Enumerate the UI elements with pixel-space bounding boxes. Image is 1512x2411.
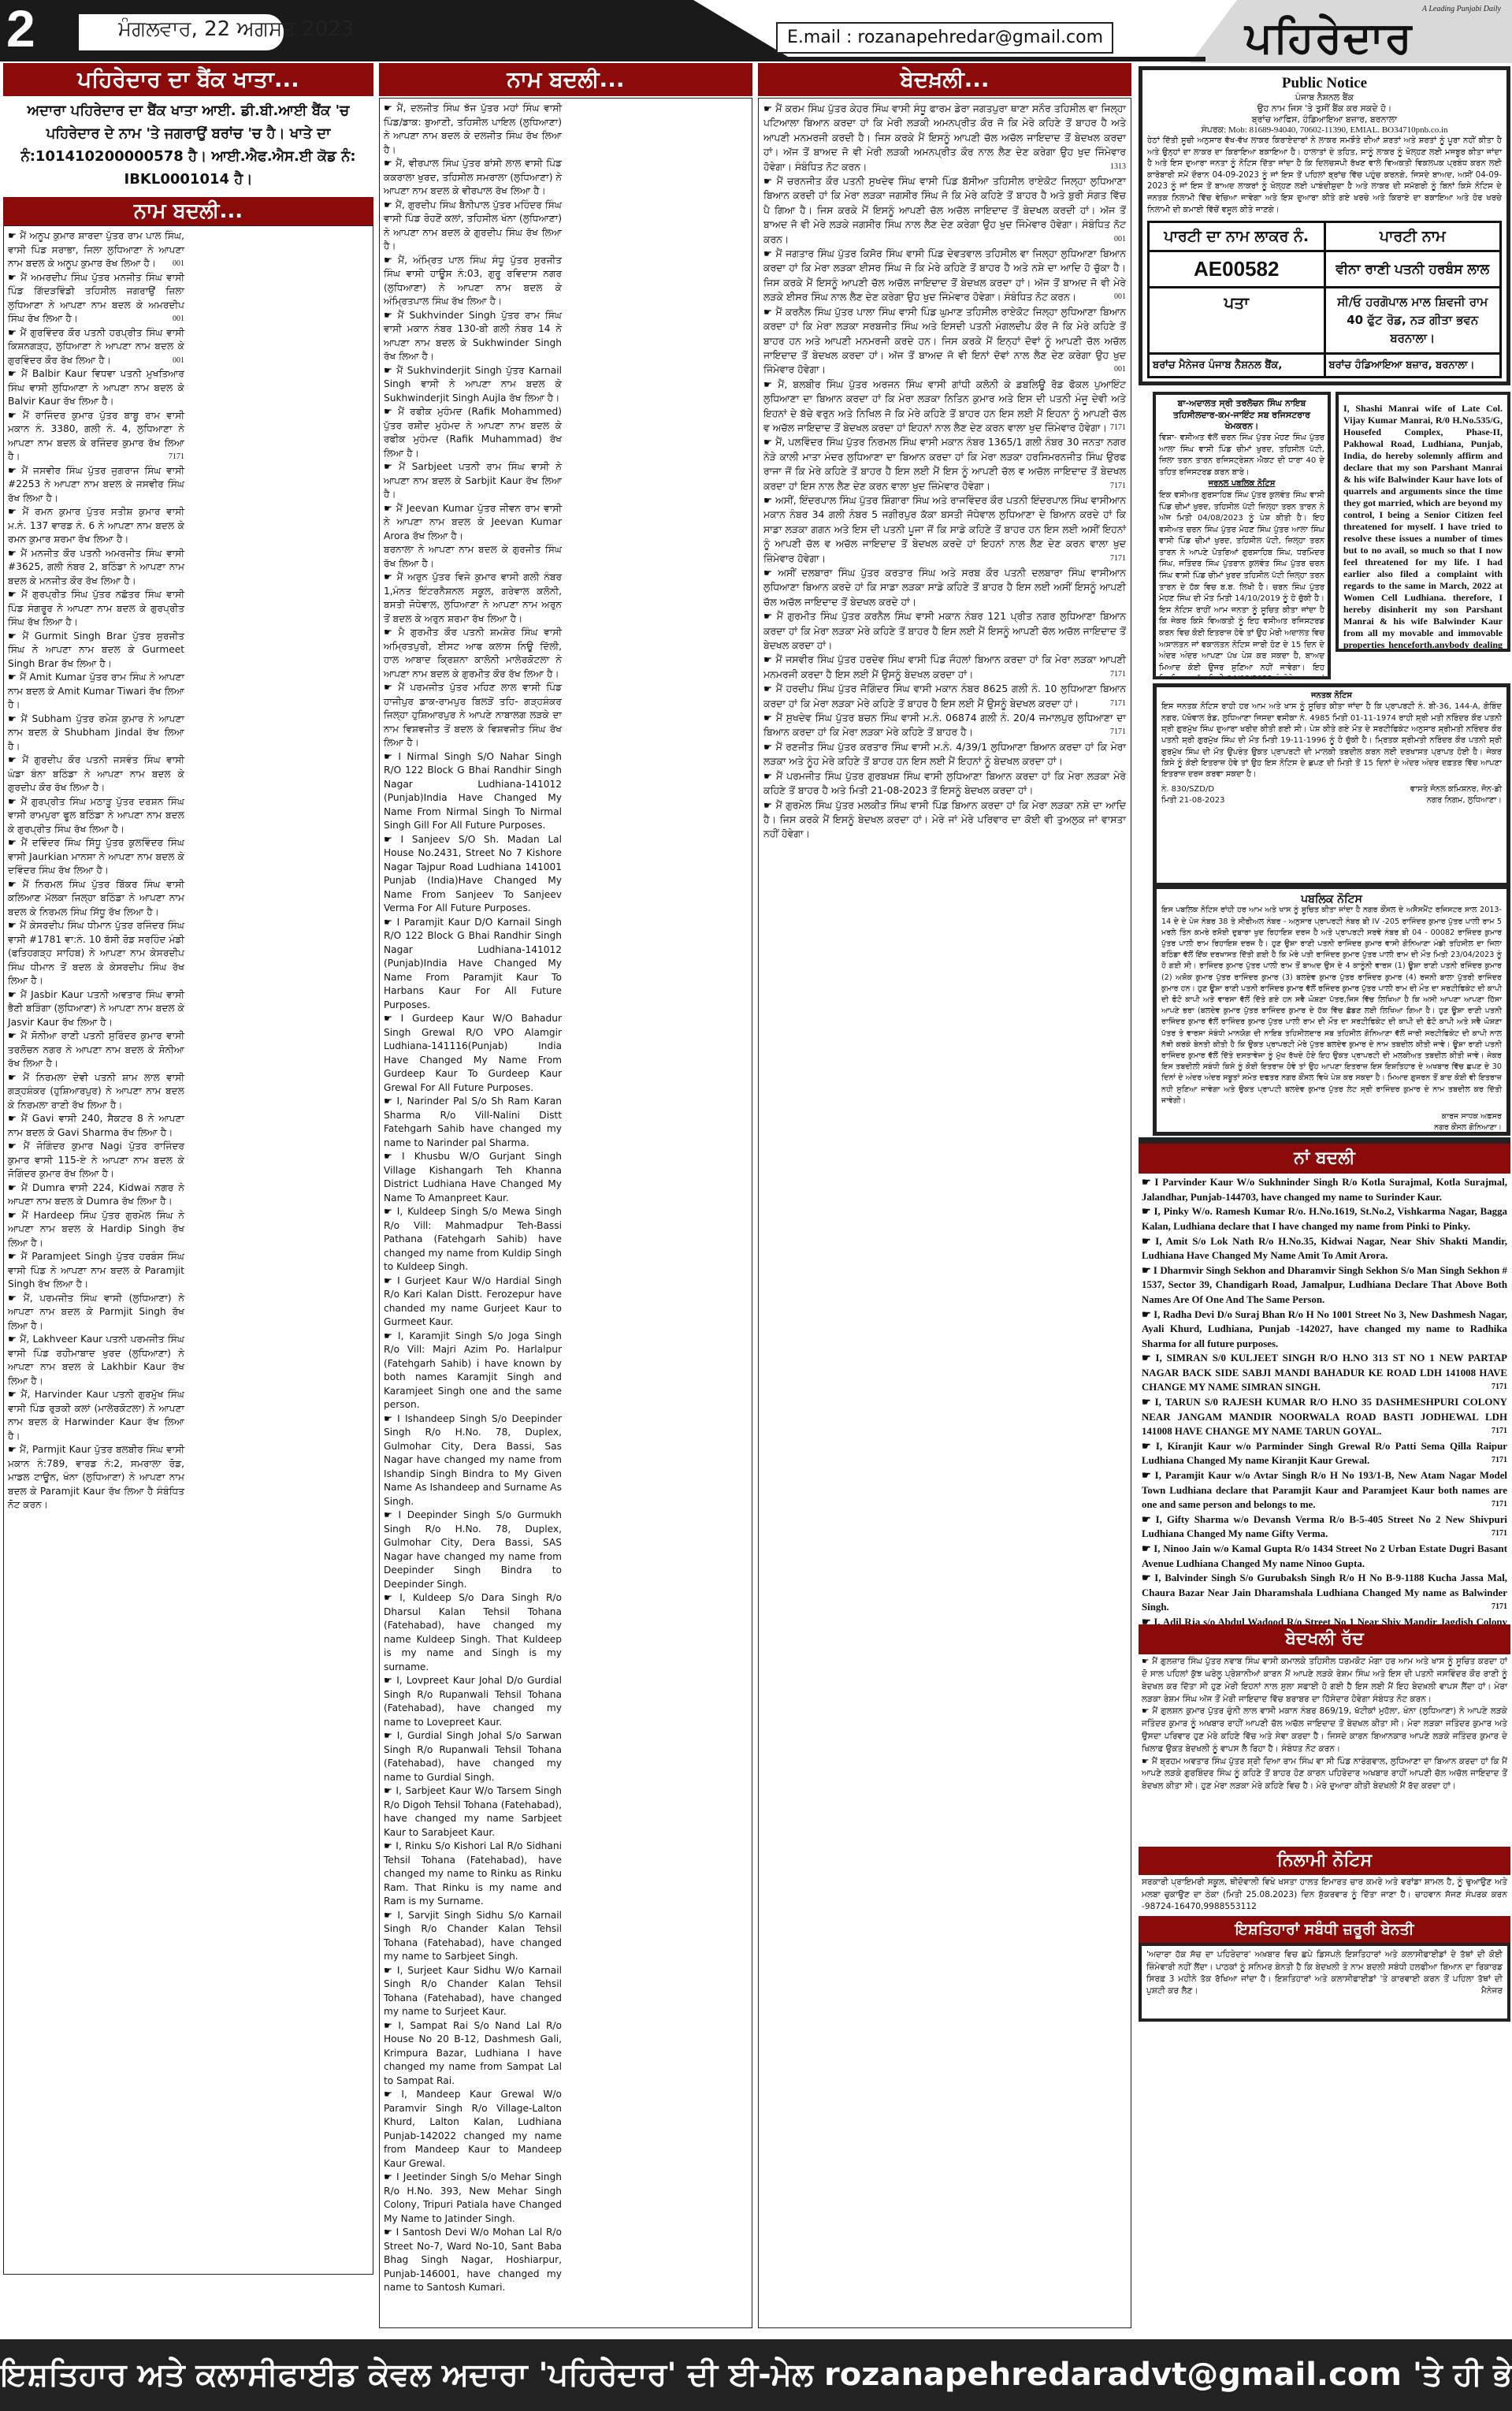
list-item-text: ☛ I, TARUN S/0 RAJESH KUMAR R/O H.NO 35 … [1142,1397,1507,1437]
list-item: ☛ ਮੈਂ Jeevan Kumar ਪੁੱਤਰ ਜੀਵਨ ਰਾਮ ਵਾਸੀ ਨ… [384,502,562,544]
list-item-text: ☛ I, Gurdial Singh Johal S/o Sarwan Sing… [384,1730,562,1783]
name-change-header-1: ਨਾਮ ਬਦਲੀ... [3,197,373,225]
court-notice-subject: ਵਿਸ਼ਾ- ਵਸੀਅਤ ਵੱਲੋਂ ਚਰਨ ਸਿੰਘ ਪੁੱਤਰ ਮੋਹਣ ਸ… [1159,433,1324,478]
list-item: ☛ I Nirmal Singh S/O Nahar Singh R/O 122… [384,750,562,833]
column-1: ਪਹਿਰੇਦਾਰ ਦਾ ਬੈਂਕ ਖਾਤਾ... ਅਦਾਰਾ ਪਹਿਰੇਦਾਰ … [3,63,373,2329]
list-item: ☛ ਮੈਂ ਹਰਦੀਪ ਸਿੰਘ ਪੁੱਤਰ ਜੋਗਿੰਦਰ ਸਿੰਘ ਵਾਸੀ… [763,682,1126,711]
list-item-text: ☛ ਮੈਂ ਗੁਰਵਿੰਦਰ ਕੌਰ ਪਤਨੀ ਹਰਪ੍ਰੀਤ ਸਿੰਘ ਵਾਸ… [8,327,184,366]
list-item-text: ☛ ਮੈਂ Subham ਪੁੱਤਰ ਰਮੇਸ਼ ਕੁਮਾਰ ਨੇ ਆਪਣਾ ਨ… [8,713,184,752]
list-item: ☛ ਮੈਂ ਰਮਨ ਕੁਮਾਰ ਪੁੱਤਰ ਸਤੀਸ਼ ਕੁਮਾਰ ਵਾਸੀ ਮ… [8,505,184,547]
column-3: ਬੇਦਖ਼ਲੀ... ☛ ਮੈਂ ਕਰਮ ਸਿੰਘ ਪੁੱਤਰ ਕੇਹਰ ਸਿੰ… [758,63,1131,2329]
ad-code: 7171 [1110,697,1126,711]
list-item: ☛ ਮੈਂ Amit Kumar ਪੁੱਤਰ ਰਾਮ ਸਿੰਘ ਨੇ ਆਪਣਾ … [8,671,184,713]
issuer-title: ਵਾਸਤੇ ਜੋਨਲ ਕਮਿਸ਼ਨਰ, ਜੋਨ-ਡੀ [1410,784,1502,795]
list-item: ☛ I, Gurdial Singh Johal S/o Sarwan Sing… [384,1729,562,1784]
list-item-text: ☛ ਮੈਂ ਨਿਰਮਲਾ ਦੇਵੀ ਪਤਨੀ ਸ਼ਾਮ ਲਾਲ ਵਾਸੀ ਗੜ੍… [8,1072,184,1111]
list-item-text: ☛ ਮੈਂ ਕਰਮ ਸਿੰਘ ਪੁੱਤਰ ਕੇਹਰ ਸਿੰਘ ਵਾਸੀ ਸੰਧੂ… [763,102,1126,173]
list-item: ☛ I, Sampat Rai S/o Nand Lal R/o House N… [384,2019,562,2089]
ref-date: ਮਿਤੀ 21-08-2023 [1161,795,1225,806]
list-item-text: ☛ I Gurdeep Kaur W/O Bahadur Singh Grewa… [384,1013,562,1093]
list-item-text: ☛ I, Lovpreet Kaur Johal D/o Gurdial Sin… [384,1675,562,1728]
ad-code: 001 [1114,363,1126,377]
list-item-text: ☛ ਮੈਂ ਅਮਰਦੀਪ ਸਿੰਘ ਪੁੱਤਰ ਮਨਜੀਤ ਸਿੰਘ ਵਾਸੀ … [8,272,184,325]
list-item: ☛ ਮੈਂ ਪਰਮਜੀਤ ਸਿੰਘ ਪੁੱਤਰ ਗੁਰਬਖਸ਼ ਸਿੰਘ ਵਾਸ… [763,769,1126,798]
list-item: ☛ ਮੈਂ, Harvinder Kaur ਪਤਨੀ ਗੁਰਮੁੱਖ ਸਿੰਘ … [8,1388,184,1443]
list-item-text: ☛ ਮੈਂ Balbir Kaur ਵਿਧਵਾ ਪਤਨੀ ਮੁਖਤਿਆਰ ਸਿੰ… [8,368,184,407]
list-item-text: ☛ I, Mandeep Kaur Grewal W/o Paramvir Si… [384,2089,562,2169]
pnb-notice-title: Public Notice [1147,75,1502,92]
list-item-text: ☛ ਮੈਂ Sukhvinder Singh ਪੁੱਤਰ ਰਾਮ ਸਿੰਘ ਵਾ… [384,310,562,363]
list-item-text: ☛ I, Kuldeep S/o Dara Singh R/o Dharsul … [384,1592,562,1672]
list-item-text: ☛ I, Surjeet Kaur Sidhu W/o Karnail Sing… [384,1965,562,2018]
list-item-text: ☛ I Gurjeet Kaur W/o Hardial Singh R/o K… [384,1275,562,1328]
issue-date: ਮੰਗਲਵਾਰ, 22 ਅਗਸਤ 2023 [118,17,354,42]
ad-code: 7171 [1110,552,1126,566]
list-item-text: ☛ ਮੈਂ ਗੁਰਪ੍ਰੀਤ ਸਿੰਘ ਪੁੱਤਰ ਨਛੱਤਰ ਸਿੰਘ ਵਾਸ… [8,589,184,627]
english-disinherit-notice: I, Shashi Manrai wife of Late Col. Vijay… [1336,392,1510,652]
newspaper-logo: A Leading Punjabi Daily ਪਹਿਰੇਦਾਰ [1229,2,1509,58]
list-item-text: ☛ I, Paramjit Kaur w/o Avtar Singh R/o H… [1142,1470,1507,1510]
masthead: 2 ਮੰਗਲਵਾਰ, 22 ਅਗਸਤ 2023 E.mail : rozanap… [0,0,1512,57]
public-notice-mc-body: ਇਸ ਜਨਤਕ ਨੋਟਿਸ ਰਾਹੀ ਹਰ ਆਮ ਅਤੇ ਖਾਸ ਨੂੰ ਸੂਚ… [1161,701,1502,780]
signatory-right: ਬਰਾਂਚ ਹੰਡਿਆਇਆ ਬਜ਼ਾਰ, ਬਰਨਾਲਾ। [1324,354,1501,378]
list-item-text: ☛ I, Karamjit Singh S/o Joga Singh R/o V… [384,1330,562,1411]
list-item: ☛ ਮੈਂ, ਪਲਵਿੰਦਰ ਸਿੰਘ ਪੁੱਤਰ ਨਿਰਮਲ ਸਿੰਘ ਵਾਸ… [763,435,1126,493]
list-item-text: ☛ I, Ninoo Jain w/o Kamal Gupta R/o 1434… [1142,1543,1507,1569]
request-sign: ਮੈਨੇਜਰ [1481,1985,1503,1997]
locker-number: AE00582 [1149,251,1325,288]
public-notice-mc-footer: ਨੰ. 830/SZD/D ਮਿਤੀ 21-08-2023 ਵਾਸਤੇ ਜੋਨਲ… [1161,784,1502,807]
party-name: ਵੀਨਾ ਰਾਣੀ ਪਤਨੀ ਹਰਬੰਸ ਲਾਲ [1324,251,1501,288]
list-item: ☛ ਮੈਂ ਗੁਰਪ੍ਰੀਤ ਸਿੰਘ ਪੁੱਤਰ ਨਛੱਤਰ ਸਿੰਘ ਵਾਸ… [8,588,184,630]
list-item: ☛ ਮੈਂ ਅਰੁਨ ਪੁੱਤਰ ਵਿਜੇ ਕੁਮਾਰ ਵਾਸੀ ਗਲੀ ਨੰਬ… [384,571,562,626]
list-item-text: ☛ ਮੈਂ ਗੁਰਪ੍ਰੀਤ ਸਿੰਘ ਮਠਾੜੂ ਪੁੱਤਰ ਦਰਸ਼ਨ ਸਿ… [8,796,184,835]
name-change-en-list: ☛ I Parvinder Kaur W/o Sukhninder Singh … [1139,1174,1510,1624]
list-item: ☛ I Deepinder Singh S/o Gurmukh Singh R/… [384,1509,562,1591]
pnb-branch: ਬ੍ਰਾਂਚ ਆਫਿਸ, ਹੰਡਿਆਇਆ ਬਜ਼ਾਰ, ਬਰਨਾਲਾ [1147,114,1502,125]
list-item-text: ☛ ਮੈਂ, ਵੀਰਪਾਲ ਸਿੰਘ ਪੁੱਤਰ ਬਾਂਸੀ ਲਾਲ ਵਾਸੀ … [384,158,562,196]
list-item: ☛ I, Balvinder Singh S/o Gurubaksh Singh… [1142,1571,1507,1615]
list-item-text: ☛ I, Narinder Pal S/o Sh Ram Karan Sharm… [384,1096,562,1148]
list-item: ☛ I, Adil Rja s/o Abdul Wadood R/o Stree… [1142,1615,1507,1624]
list-item-text: ☛ ਮੈਂ ਰਮਨ ਕੁਮਾਰ ਪੁੱਤਰ ਸਤੀਸ਼ ਕੁਮਾਰ ਵਾਸੀ ਮ… [8,506,184,545]
ad-code: 7171 [1492,1424,1507,1439]
ad-code: 001 [173,257,184,271]
list-item: ☛ ਮੈਂ, ਦਲਜੀਤ ਸਿੰਘ ਝੱਜ ਪੁੱਤਰ ਮਹਾਂ ਸਿੰਘ ਵਾ… [384,102,562,157]
list-item-text: ☛ ਮੈਂ Gavi ਵਾਸੀ 240, ਸੈਕਟਰ 8 ਨੇ ਆਪਣਾ ਨਾਮ… [8,1113,184,1138]
list-item-text: ☛ I Santosh Devi W/o Mohan Lal R/o Stree… [384,2227,562,2293]
ad-code: 7171 [1110,668,1126,682]
list-item: ☛ ਮੈਂ ਸੋਨੀਆ ਰਾਣੀ ਪਤਨੀ ਸੁਰਿੰਦਰ ਕੁਮਾਰ ਵਾਸੀ… [8,1029,184,1071]
list-item: ☛ I, Ninoo Jain w/o Kamal Gupta R/o 1434… [1142,1542,1507,1571]
list-item-text: ☛ ਮੈਂ ਬ੍ਰਹਮ ਅਵਤਾਰ ਸਿੰਘ ਪੁੱਤਰ ਸ਼੍ਰੀ ਦਿਆ ਰ… [1142,1757,1507,1792]
list-item: ☛ I Khusbu W/O Gurjant Singh Village Kis… [384,1150,562,1205]
list-item-text: ☛ I Parvinder Kaur W/o Sukhninder Singh … [1142,1177,1507,1203]
bedkhali-header: ਬੇਦਖ਼ਲੀ... [758,63,1131,96]
list-item: ☛ I Gurdeep Kaur W/O Bahadur Singh Grewa… [384,1012,562,1095]
list-item-text: ☛ ਮੈਂ ਹਰਦੀਪ ਸਿੰਘ ਪੁੱਤਰ ਜੋਗਿੰਦਰ ਸਿੰਘ ਵਾਸੀ… [763,683,1126,709]
list-item-text: ☛ I Paramjit Kaur D/O Karnail Singh R/O … [384,917,562,1010]
list-item-text: ☛ I Sanjeev S/O Sh. Madan Lal House No.2… [384,834,562,914]
list-item-text: ☛ I Jeetinder Singh S/o Mehar Singh R/o … [384,2171,562,2224]
list-item-text: ☛ I, Balvinder Singh S/o Gurubaksh Singh… [1142,1572,1507,1613]
list-item: ☛ I, Gifty Sharma w/o Devansh Verma R/o … [1142,1512,1507,1542]
list-item-text: ☛ I, Gifty Sharma w/o Devansh Verma R/o … [1142,1514,1507,1540]
list-item: ☛ ਮੈਂ ਚਰਨਜੀਤ ਕੌਰ ਪਤਨੀ ਸੁਖਦੇਵ ਸਿੰਘ ਵਾਸੀ ਪ… [763,174,1126,247]
auction-header: ਨਿਲਾਮੀ ਨੋਟਿਸ [1139,1847,1510,1875]
section-rule [1139,1137,1510,1144]
court-notice-body: ਇਕ ਵਸੀਅਤ ਗੁਰਸਾਹਿਬ ਸਿੰਘ ਪੁੱਤਰ ਕੁਲਵੰਤ ਸਿੰਘ… [1159,490,1324,679]
council-office: ਨਗਰ ਕੌਂਸਲ ਗੋਨਿਆਣਾ। [1161,1122,1502,1133]
list-item: ☛ I Gurjeet Kaur W/o Hardial Singh R/o K… [384,1274,562,1330]
name-change-list-1: ☛ ਮੈਂ ਅਨੂਪ ਕੁਮਾਰ ਸ਼ਾਰਦਾ ਪੁੱਤਰ ਰਾਮ ਪਾਲ ਸਿ… [3,225,373,2275]
list-item: ☛ ਮੈਂ ਪਰਮਜੀਤ ਪੁੱਤਰ ਮਹਿਣ ਲਾਲ ਵਾਸੀ ਪਿੰਡ ਹਾ… [384,681,562,750]
list-item: ☛ I, Kuldeep S/o Dara Singh R/o Dharsul … [384,1591,562,1674]
list-item-text: ☛ ਮੈਂ Paramjeet Singh ਪੁੱਤਰ ਹਰਬੰਸ ਸਿੰਘ ਵ… [8,1251,184,1289]
list-item: ☛ I, Rinku S/o Kishori Lal R/o Sidhani T… [384,1840,562,1909]
list-item-text: ☛ ਮੈਂ ਪਰਮਜੀਤ ਸਿੰਘ ਪੁੱਤਰ ਗੁਰਬਖਸ਼ ਸਿੰਘ ਵਾਸ… [763,770,1126,796]
pnb-contact: ਸੰਪਰਕ: Mob: 81689-94040, 70602-11390, EM… [1147,125,1502,136]
list-item: ☛ I Ishandeep Singh S/o Deepinder Singh … [384,1412,562,1509]
list-item: ☛ ਮੈਂ ਗੁਰਵਿੰਦਰ ਕੌਰ ਪਤਨੀ ਹਰਪ੍ਰੀਤ ਸਿੰਘ ਵਾਸ… [8,326,184,368]
ad-code: 7171 [1492,1600,1507,1615]
list-item: ☛ ਮੈਂ, Lakhveer Kaur ਪਤਨੀ ਪਰਮਜੀਤ ਸਿੰਘ ਵਾ… [8,1333,184,1388]
bedkhali-list: ☛ ਮੈਂ ਕਰਮ ਸਿੰਘ ਪੁੱਤਰ ਕੇਹਰ ਸਿੰਘ ਵਾਸੀ ਸੰਧੂ… [758,98,1131,2328]
list-item: ☛ I, Karamjit Singh S/o Joga Singh R/o V… [384,1330,562,1412]
logo-tagline: A Leading Punjabi Daily [1422,5,1501,13]
public-notice-mc: ਜਨਤਕ ਨੋਟਿਸ ਇਸ ਜਨਤਕ ਨੋਟਿਸ ਰਾਹੀ ਹਰ ਆਮ ਅਤੇ … [1153,683,1510,887]
list-item: ☛ ਮੈਂ ਬ੍ਰਹਮ ਅਵਤਾਰ ਸਿੰਘ ਪੁੱਤਰ ਸ਼੍ਰੀ ਦਿਆ ਰ… [1142,1756,1507,1793]
list-item: ☛ I, Sarbjeet Kaur W/o Tarsem Singh R/o … [384,1784,562,1840]
list-item: ☛ ਮੈਂ Sarbjeet ਪਤਨੀ ਰਾਮ ਸਿੰਘ ਵਾਸੀ ਨੇ ਆਪਣ… [384,460,562,502]
list-item: ☛ ਮੈਂ ਗੁਲਜ਼ਾਰ ਸਿੰਘ ਪੁੱਤਰ ਨਵਾਬ ਸਿੰਘ ਵਾਸੀ … [1142,1656,1507,1706]
list-item-text: ☛ ਮੈਂ ਗੁਰਮੀਤ ਸਿੰਘ ਪੁੱਤਰ ਕਰਨੈਲ ਸਿੰਘ ਵਾਸੀ … [763,610,1126,651]
request-header: ਇਸ਼ਤਿਹਾਰਾਂ ਸਬੰਧੀ ਜ਼ਰੂਰੀ ਬੇਨਤੀ [1139,1916,1510,1943]
list-item: ☛ I, Sarvjit Singh Sidhu S/o Karnail Sin… [384,1909,562,1964]
list-item: ☛ ਮੈਂ ਦਵਿੰਦਰ ਸਿੰਘ ਸਿੱਧੂ ਪੁੱਤਰ ਕੁਲਵਿੰਦਰ ਸ… [8,836,184,878]
page-number: 2 [6,0,69,57]
ad-code: 7171 [169,450,184,464]
list-item: ☛ I, Radha Devi D/o Suraj Bhan R/o H No … [1142,1308,1507,1352]
list-item-text: ☛ I, Kuldeep Singh S/o Mewa Singh R/o Vi… [384,1206,562,1272]
list-item-text: ☛ ਮੈਂ, ਪਰਮਜੀਤ ਸਿੰਘ ਵਾਸੀ (ਲੁਧਿਆਣਾ) ਨੇ ਆਪਣ… [8,1293,184,1331]
list-item: ☛ I Parvinder Kaur W/o Sukhninder Singh … [1142,1175,1507,1204]
list-item: ☛ ਮੈਂ, ਪਰਮਜੀਤ ਸਿੰਘ ਵਾਸੀ (ਲੁਧਿਆਣਾ) ਨੇ ਆਪਣ… [8,1292,184,1334]
list-item: ☛ ਮੈਂ ਗੁਲਸ਼ਨ ਕੁਮਾਰ ਪੁੱਤਰ ਚੁੰਨੀ ਲਾਲ ਵਾਸੀ … [1142,1706,1507,1755]
request-box: 'ਅਦਾਰਾ ਹੱਕ ਸੱਚ ਦਾ ਪਹਿਰੇਦਾਰ' ਅਖ਼ਬਾਰ ਵਿਚ ਛ… [1139,1943,1510,2022]
footer-banner: ਇਸ਼ਤਿਹਾਰ ਅਤੇ ਕਲਾਸੀਫਾਈਡ ਕੇਵਲ ਅਦਾਰਾ 'ਪਹਿਰੇ… [0,2339,1512,2411]
list-item-text: ☛ I, Sarvjit Singh Sidhu S/o Karnail Sin… [384,1910,562,1963]
column-2: ਨਾਮ ਬਦਲੀ... ☛ ਮੈਂ, ਦਲਜੀਤ ਸਿੰਘ ਝੱਜ ਪੁੱਤਰ … [379,63,752,2329]
list-item: ☛ I, Pinky W/o. Ramesh Kumar R/o. H.No.1… [1142,1204,1507,1233]
list-item: ☛ ਮੈਂ ਅਨੂਪ ਕੁਮਾਰ ਸ਼ਾਰਦਾ ਪੁੱਤਰ ਰਾਮ ਪਾਲ ਸਿ… [8,229,184,271]
list-item: ☛ ਮੈਂ Gurmit Singh Brar ਪੁੱਤਰ ਸੁਰਜੀਤ ਸਿੰ… [8,630,184,672]
list-item: ☛ ਮੈਂ ਗੁਰਪ੍ਰੀਤ ਸਿੰਘ ਮਠਾੜੂ ਪੁੱਤਰ ਦਰਸ਼ਨ ਸਿ… [8,795,184,837]
list-item: ☛ ਮੈਂ Jasbir Kaur ਪਤਨੀ ਅਵਤਾਰ ਸਿੰਘ ਵਾਸੀ ਭ… [8,988,184,1030]
logo-wordmark: ਪਹਿਰੇਦਾਰ [1245,13,1414,63]
list-item: ☛ ਮੈਂ ਜਸਵੀਰ ਸਿੰਘ ਪੁੱਤਰ ਜੁਗਰਾਜ ਸਿੰਘ ਵਾਸੀ … [8,464,184,506]
list-item: ☛ ਮੈਂ, ਬਲਬੀਰ ਸਿੰਘ ਪੁੱਤਰ ਅਰਜਨ ਸਿੰਘ ਵਾਸੀ ਗ… [763,378,1126,436]
list-item-text: ☛ ਮੈਂ ਪਰਮਜੀਤ ਪੁੱਤਰ ਮਹਿਣ ਲਾਲ ਵਾਸੀ ਪਿੰਡ ਹਾ… [384,682,562,748]
list-item-text: ☛ ਮੈਂ ਦਵਿੰਦਰ ਸਿੰਘ ਸਿੱਧੂ ਪੁੱਤਰ ਕੁਲਵਿੰਦਰ ਸ… [8,837,184,876]
list-item: ☛ ਮੈਂ ਕਰਨੈਲ ਸਿੰਘ ਪੁੱਤਰ ਪਾਲਾ ਸਿੰਘ ਵਾਸੀ ਪਿ… [763,305,1126,378]
locker-col-header-1: ਪਾਰਟੀ ਦਾ ਨਾਮ ਲਾਕਰ ਨੰ. [1149,222,1325,251]
ad-code: 7171 [1110,725,1126,739]
name-change-en-header: ਨਾਂ ਬਦਲੀ [1139,1144,1510,1174]
list-item: ☛ ਮੈਂ ਗੁਰਮੀਤ ਸਿੰਘ ਪੁੱਤਰ ਕਰਨੈਲ ਸਿੰਘ ਵਾਸੀ … [763,609,1126,653]
contact-email[interactable]: E.mail : rozanapehredar@gmail.com [776,22,1113,54]
list-item: ☛ ਮੈਂ Sukhvinder Singh ਪੁੱਤਰ ਰਾਮ ਸਿੰਘ ਵਾ… [384,309,562,364]
list-item-text: ☛ ਮੈਂ ਮਨਜੀਤ ਕੌਰ ਪਤਨੀ ਅਮਰਜੀਤ ਸਿੰਘ ਵਾਸੀ #3… [8,548,184,586]
list-item-text: ☛ ਮੈਂ Jasbir Kaur ਪਤਨੀ ਅਵਤਾਰ ਸਿੰਘ ਵਾਸੀ ਭ… [8,989,184,1028]
list-item-text: ☛ I, Adil Rja s/o Abdul Wadood R/o Stree… [1142,1617,1507,1624]
signatory-left: ਬਰਾਂਚ ਮੈਨੇਜਰ ਪੰਜਾਬ ਨੈਸ਼ਨਲ ਬੈਂਕ, [1149,354,1325,378]
list-item-text: ☛ ਮੈਂ Hardeep ਸਿੰਘ ਪੁੱਤਰ ਗੁਰਮੇਲ ਸਿੰਘ ਨੇ … [8,1210,184,1248]
list-item-text: ☛ I, Amit S/o Lok Nath R/o H.No.35, Kidw… [1142,1236,1507,1262]
name-change-list-2: ☛ ਮੈਂ, ਦਲਜੀਤ ਸਿੰਘ ਝੱਜ ਪੁੱਤਰ ਮਹਾਂ ਸਿੰਘ ਵਾ… [379,98,752,2328]
bank-account-body: ਅਦਾਰਾ ਪਹਿਰੇਦਾਰ ਦਾ ਬੈਂਕ ਖਾਤਾ ਆਈ. ਡੀ.ਬੀ.ਆਈ… [3,96,373,194]
list-item-text: ਬਰਨਾਲਾ ਨੇ ਆਪਣਾ ਨਾਮ ਬਦਲ ਕੇ ਗੁਰਜੀਤ ਸਿੰਘ ਰੱ… [384,544,562,569]
list-item-text: ☛ ਮੈਂ, ਅੰਮ੍ਰਿਤ ਪਾਲ ਸਿੰਘ ਸੰਧੂ ਪੁੱਤਰ ਸੁਰਜੀ… [384,255,562,307]
request-body: 'ਅਦਾਰਾ ਹੱਕ ਸੱਚ ਦਾ ਪਹਿਰੇਦਾਰ' ਅਖ਼ਬਾਰ ਵਿਚ ਛ… [1146,1950,1503,1996]
list-item: ☛ ਮੈਂ, ਅੰਮ੍ਰਿਤ ਪਾਲ ਸਿੰਘ ਸੰਧੂ ਪੁੱਤਰ ਸੁਰਜੀ… [384,254,562,309]
list-item: ☛ ਮੈਂ, Parmjit Kaur ਪੁੱਤਰ ਬਲਬੀਰ ਸਿੰਘ ਵਾਸ… [8,1443,184,1512]
list-item-text: ☛ ਮੈਂ ਗੁਰਮੇਲ ਸਿੰਘ ਪੁੱਤਰ ਮਲਕੀਤ ਸਿੰਘ ਵਾਸੀ … [763,799,1126,840]
list-item: ☛ I, Amit S/o Lok Nath R/o H.No.35, Kidw… [1142,1234,1507,1263]
issuer-office: ਨਗਰ ਨਿਗਮ, ਲੁਧਿਆਣਾ। [1410,795,1502,806]
list-item-text: ☛ I, Rinku S/o Kishori Lal R/o Sidhani T… [384,1840,562,1907]
list-item: ☛ ਮੈਂ ਅਮਰਦੀਪ ਸਿੰਘ ਪੁੱਤਰ ਮਨਜੀਤ ਸਿੰਘ ਵਾਸੀ … [8,271,184,326]
list-item-text: ☛ ਮੈਂ ਜੋਗਿੰਦਰ ਕੁਮਾਰ Nagi ਪੁੱਤਰ ਰਾਜਿੰਦਰ ਕ… [8,1140,184,1179]
list-item-text: ☛ ਮੈਂ Sukhvinderjit Singh ਪੁੱਤਰ Karnail … [384,365,562,404]
auction-body: ਸਰਕਾਰੀ ਪ੍ਰਾਇਮਰੀ ਸਕੂਲ, ਥੀਦੋਵਾਲੀ ਵਿਖੇ ਖਸਤਾ… [1139,1875,1510,1914]
court-notice-title: ਜਰਨਲ ਪਬਲਿਕ ਨੋਟਿਸ [1159,478,1324,490]
bedkhali-radd-list: ☛ ਮੈਂ ਗੁਲਜ਼ਾਰ ਸਿੰਘ ਪੁੱਤਰ ਨਵਾਬ ਸਿੰਘ ਵਾਸੀ … [1139,1654,1510,1847]
list-item: ☛ I, Kuldeep Singh S/o Mewa Singh R/o Vi… [384,1205,562,1274]
court-notice: ਬਾ-ਅਦਾਲਤ ਸ੍ਰੀ ਤਰਲੋਚਨ ਸਿੰਘ ਨਾਇਬ ਤਹਿਸੀਲਦਾਰ… [1153,392,1331,679]
list-item: ☛ ਮੈਂ ਜਸਵੀਰ ਸਿੰਘ ਪੁੱਤਰ ਹਰਦੇਵ ਸਿੰਘ ਵਾਸੀ ਪ… [763,653,1126,682]
column-4: Public Notice ਪੰਜਾਬ ਨੈਸ਼ਨਲ ਬੈਂਕ ਉਹ ਨਾਮ ਜ… [1139,66,1510,2329]
ad-code: 7171 [1492,1453,1507,1468]
list-item-text: ☛ ਮੈਂ ਰਫੀਕ ਮੁਹੰਮਦ (Rafik Mohammed) ਪੁੱਤਰ… [384,406,562,459]
list-item-text: ☛ ਮੈਂ ਗੁਲਸ਼ਨ ਕੁਮਾਰ ਪੁੱਤਰ ਚੁੰਨੀ ਲਾਲ ਵਾਸੀ … [1142,1706,1507,1753]
list-item: ☛ ਮੈ ਗੁਰਮੀਤ ਕੌਰ ਪਤਨੀ ਸ਼ਮਸ਼ੇਰ ਸਿੰਘ ਵਾਸੀ ਅ… [384,626,562,681]
ad-code: 7171 [1110,479,1126,493]
list-item: ☛ ਮੈਂ ਜੋਗਿੰਦਰ ਕੁਮਾਰ Nagi ਪੁੱਤਰ ਰਾਜਿੰਦਰ ਕ… [8,1140,184,1181]
list-item: ☛ ਮੈਂ, ਗੁਰਦੀਪ ਸਿੰਘ ਬੈਨੀਪਾਲ ਪੁੱਤਰ ਮਹਿੰਦਰ … [384,199,562,254]
list-item-text: ☛ ਮੈਂ ਗੁਰਦੀਪ ਕੌਰ ਪਤਨੀ ਜਸਵੰਤ ਸਿੰਘ ਵਾਸੀ ਘੰ… [8,754,184,793]
bedkhali-radd-header: ਬੇਦਖਲੀ ਰੱਦ [1139,1624,1510,1654]
ad-code: 7171 [1492,1498,1507,1512]
list-item-text: ☛ ਮੈਂ, Harvinder Kaur ਪਤਨੀ ਗੁਰਮੁੱਖ ਸਿੰਘ … [8,1389,184,1442]
list-item: ☛ ਮੈਂ Sukhvinderjit Singh ਪੁੱਤਰ Karnail … [384,364,562,406]
english-notice-body: I, Shashi Manrai wife of Late Col. Vijay… [1343,403,1503,652]
list-item: ☛ I Santosh Devi W/o Mohan Lal R/o Stree… [384,2226,562,2295]
pnb-bank-name: ਪੰਜਾਬ ਨੈਸ਼ਨਲ ਬੈਂਕ [1147,92,1502,103]
list-item-text: ☛ I Ishandeep Singh S/o Deepinder Singh … [384,1413,562,1507]
list-item: ☛ ਮੈਂ ਰਣਜੀਤ ਸਿੰਘ ਪੁੱਤਰ ਕਰਤਾਰ ਸਿੰਘ ਵਾਸੀ ਮ… [763,740,1126,769]
list-item-text: ☛ ਅਸੀਂ, ਇੰਦਰਪਾਲ ਸਿੰਘ ਪੁੱਤਰ ਸ਼ਿੰਗਾਰਾ ਸਿੰਘ… [763,494,1126,564]
list-item: ☛ I, Mandeep Kaur Grewal W/o Paramvir Si… [384,2088,562,2171]
public-notice-council-body: ਇਸ ਪਬਲਿਕ ਨੋਟਿਸ ਰਾਂਹੀ ਹਰ ਆਮ ਅਤੇ ਖਾਸ ਨੂੰ ਸ… [1161,905,1502,1107]
list-item-text: ☛ I Deepinder Singh S/o Gurmukh Singh R/… [384,1509,562,1590]
list-item: ☛ ਮੈਂ, ਵੀਰਪਾਲ ਸਿੰਘ ਪੁੱਤਰ ਬਾਂਸੀ ਲਾਲ ਵਾਸੀ … [384,157,562,199]
list-item: ☛ ਮੈਂ ਗੁਰਮੇਲ ਸਿੰਘ ਪੁੱਤਰ ਮਲਕੀਤ ਸਿੰਘ ਵਾਸੀ … [763,798,1126,842]
list-item-text: ☛ I, Radha Devi D/o Suraj Bhan R/o H No … [1142,1309,1507,1349]
list-item-text: ☛ ਮੈਂ ਸੋਨੀਆ ਰਾਣੀ ਪਤਨੀ ਸੁਰਿੰਦਰ ਕੁਮਾਰ ਵਾਸੀ… [8,1030,184,1069]
bank-account-header: ਪਹਿਰੇਦਾਰ ਦਾ ਬੈਂਕ ਖਾਤਾ... [3,63,373,96]
list-item: ☛ ਮੈਂ ਕੇਸਰਦੀਪ ਸਿੰਘ ਧੀਮਾਨ ਪੁੱਤਰ ਰਜਿੰਦਰ ਸਿ… [8,919,184,988]
ad-code: 001 [173,354,184,368]
list-item-text: ☛ I Dharmvir Singh Sekhon and Dharamvir … [1142,1265,1507,1305]
ad-code: 7171 [1492,1527,1507,1542]
list-item-text: ☛ ਮੈਂ ਚਰਨਜੀਤ ਕੌਰ ਪਤਨੀ ਸੁਖਦੇਵ ਸਿੰਘ ਵਾਸੀ ਪ… [763,175,1126,245]
list-item: ☛ I Sanjeev S/O Sh. Madan Lal House No.2… [384,833,562,916]
list-item-text: ☛ ਮੈਂ Jeevan Kumar ਪੁੱਤਰ ਜੀਵਨ ਰਾਮ ਵਾਸੀ ਨ… [384,503,562,541]
public-notice-council: ਪਬਲਿਕ ਨੋਟਿਸ ਇਸ ਪਬਲਿਕ ਨੋਟਿਸ ਰਾਂਹੀ ਹਰ ਆਮ ਅ… [1153,887,1510,1136]
list-item-text: ☛ ਮੈਂ ਨਿਰਮਲ ਸਿੰਘ ਪੁੱਤਰ ਬਿੱਕਰ ਸਿੰਘ ਵਾਸੀ ਕ… [8,879,184,917]
list-item-text: ☛ I, Pinky W/o. Ramesh Kumar R/o. H.No.1… [1142,1206,1507,1232]
list-item-text: ☛ ਮੈਂ, Lakhveer Kaur ਪਤਨੀ ਪਰਮਜੀਤ ਸਿੰਘ ਵਾ… [8,1334,184,1386]
list-item-text: ☛ ਮੈਂ, ਬਲਬੀਰ ਸਿੰਘ ਪੁੱਤਰ ਅਰਜਨ ਸਿੰਘ ਵਾਸੀ ਗ… [763,378,1126,433]
public-notice-mc-title: ਜਨਤਕ ਨੋਟਿਸ [1161,690,1502,701]
list-item: ☛ I, SIMRAN S/0 KULJEET SINGH R/O H.NO 3… [1142,1351,1507,1395]
list-item: ☛ I Dharmvir Singh Sekhon and Dharamvir … [1142,1263,1507,1308]
list-item-text: ☛ ਮੈਂ Amit Kumar ਪੁੱਤਰ ਰਾਮ ਸਿੰਘ ਨੇ ਆਪਣਾ … [8,672,184,710]
list-item-text: ☛ ਮੈਂ Gurmit Singh Brar ਪੁੱਤਰ ਸੁਰਜੀਤ ਸਿੰ… [8,631,184,669]
list-item: ☛ ਮੈਂ Paramjeet Singh ਪੁੱਤਰ ਹਰਬੰਸ ਸਿੰਘ ਵ… [8,1250,184,1292]
list-item-text: ☛ ਮੈਂ, ਦਲਜੀਤ ਸਿੰਘ ਝੱਜ ਪੁੱਤਰ ਮਹਾਂ ਸਿੰਘ ਵਾ… [384,102,562,155]
public-notice-council-title: ਪਬਲਿਕ ਨੋਟਿਸ [1161,894,1502,905]
list-item: ☛ ਮੈਂ ਨਿਰਮਲਾ ਦੇਵੀ ਪਤਨੀ ਸ਼ਾਮ ਲਾਲ ਵਾਸੀ ਗੜ੍… [8,1071,184,1113]
list-item: ☛ ਮੈਂ ਰਫੀਕ ਮੁਹੰਮਦ (Rafik Mohammed) ਪੁੱਤਰ… [384,405,562,460]
locker-table: ਪਾਰਟੀ ਦਾ ਨਾਮ ਲਾਕਰ ਨੰ. ਪਾਰਟੀ ਨਾਮ AE00582 … [1147,221,1502,378]
list-item: ☛ ਮੈਂ Subham ਪੁੱਤਰ ਰਮੇਸ਼ ਕੁਮਾਰ ਨੇ ਆਪਣਾ ਨ… [8,713,184,754]
list-item-text: ☛ I, Sarbjeet Kaur W/o Tarsem Singh R/o … [384,1785,562,1838]
ad-code: 7171 [1110,421,1126,435]
list-item: ☛ ਮੈਂ Balbir Kaur ਵਿਧਵਾ ਪਤਨੀ ਮੁਖਤਿਆਰ ਸਿੰ… [8,367,184,409]
address-label: ਪਤਾ [1149,288,1325,354]
list-item: ☛ ਮੈਂ ਜਗਤਾਰ ਸਿੰਘ ਪੁੱਤਰ ਕਿਸੋਰ ਸਿੰਘ ਵਾਸੀ ਪ… [763,247,1126,305]
list-item-text: ☛ ਮੈਂ ਰਣਜੀਤ ਸਿੰਘ ਪੁੱਤਰ ਕਰਤਾਰ ਸਿੰਘ ਵਾਸੀ ਮ… [763,741,1126,767]
list-item: ☛ ਅਸੀਂ, ਇੰਦਰਪਾਲ ਸਿੰਘ ਪੁੱਤਰ ਸ਼ਿੰਗਾਰਾ ਸਿੰਘ… [763,493,1126,566]
party-address: ਸੀ/ਓ ਹਰਗੋਪਾਲ ਮਾਲ ਸ਼ਿਵਜੀ ਰਾਮ 40 ਫੁੱਟ ਰੋਡ,… [1324,288,1501,354]
list-item-text: ☛ I, Kiranjit Kaur w/o Parminder Singh G… [1142,1441,1507,1467]
list-item-text: ☛ I Khusbu W/O Gurjant Singh Village Kis… [384,1151,562,1204]
pnb-public-notice: Public Notice ਪੰਜਾਬ ਨੈਸ਼ਨਲ ਬੈਂਕ ਉਹ ਨਾਮ ਜ… [1139,66,1510,385]
list-item: ਬਰਨਾਲਾ ਨੇ ਆਪਣਾ ਨਾਮ ਬਦਲ ਕੇ ਗੁਰਜੀਤ ਸਿੰਘ ਰੱ… [384,543,562,571]
list-item-text: ☛ ਮੈਂ ਗੁਲਜ਼ਾਰ ਸਿੰਘ ਪੁੱਤਰ ਨਵਾਬ ਸਿੰਘ ਵਾਸੀ … [1142,1657,1507,1703]
list-item-text: ☛ ਮੈਂ ਜਗਤਾਰ ਸਿੰਘ ਪੁੱਤਰ ਕਿਸੋਰ ਸਿੰਘ ਵਾਸੀ ਪ… [763,247,1126,303]
list-item: ☛ I, Kiranjit Kaur w/o Parminder Singh G… [1142,1439,1507,1468]
list-item: ☛ ਮੈਂ Gavi ਵਾਸੀ 240, ਸੈਕਟਰ 8 ਨੇ ਆਪਣਾ ਨਾਮ… [8,1112,184,1140]
list-item: ☛ I, Lovpreet Kaur Johal D/o Gurdial Sin… [384,1674,562,1729]
list-item: ☛ I Jeetinder Singh S/o Mehar Singh R/o … [384,2171,562,2226]
list-item-text: ☛ I, Sampat Rai S/o Nand Lal R/o House N… [384,2020,562,2086]
name-change-header-2: ਨਾਮ ਬਦਲੀ... [379,63,752,96]
list-item-text: ☛ ਮੈਂ ਸੁਖਦੇਵ ਸਿੰਘ ਪੁੱਤਰ ਬਚਨ ਸਿੰਘ ਵਾਸੀ ਮ.… [763,712,1126,738]
list-item: ☛ ਮੈਂ ਮਨਜੀਤ ਕੌਰ ਪਤਨੀ ਅਮਰਜੀਤ ਸਿੰਘ ਵਾਸੀ #3… [8,547,184,589]
list-item-text: ☛ ਮੈਂ ਕੇਸਰਦੀਪ ਸਿੰਘ ਧੀਮਾਨ ਪੁੱਤਰ ਰਜਿੰਦਰ ਸਿ… [8,920,184,986]
list-item-text: ☛ ਮੈ ਗੁਰਮੀਤ ਕੌਰ ਪਤਨੀ ਸ਼ਮਸ਼ੇਰ ਸਿੰਘ ਵਾਸੀ ਅ… [384,627,562,679]
list-item-text: ☛ ਮੈਂ, Parmjit Kaur ਪੁੱਤਰ ਬਲਬੀਰ ਸਿੰਘ ਵਾਸ… [8,1444,184,1510]
list-item-text: ☛ ਮੈਂ ਰਾਜਿੰਦਰ ਕੁਮਾਰ ਪੁੱਤਰ ਬਾਬੂ ਰਾਮ ਵਾਸੀ … [8,410,184,463]
masthead-rule [0,57,1206,61]
ad-code: 001 [1114,290,1126,304]
list-item: ☛ I, Paramjit Kaur w/o Avtar Singh R/o H… [1142,1468,1507,1512]
list-item: ☛ I, TARUN S/0 RAJESH KUMAR R/O H.NO 35 … [1142,1395,1507,1439]
notices-row: ਬਾ-ਅਦਾਲਤ ਸ੍ਰੀ ਤਰਲੋਚਨ ਸਿੰਘ ਨਾਇਬ ਤਹਿਸੀਲਦਾਰ… [1139,392,1510,683]
list-item: ☛ ਮੈਂ ਨਿਰਮਲ ਸਿੰਘ ਪੁੱਤਰ ਬਿੱਕਰ ਸਿੰਘ ਵਾਸੀ ਕ… [8,878,184,920]
ad-code: 7171 [1492,1380,1507,1395]
list-item-text: ☛ I Nirmal Singh S/O Nahar Singh R/O 122… [384,751,562,832]
pnb-notice-body: ਹੇਠਾਂ ਦਿੱਤੀ ਸੂਚੀ ਅਨੁਸਾਰ ਵੱਖ-ਵੱਖ ਲਾਕਰ ਕਿਰ… [1147,136,1502,216]
list-item: ☛ I, Narinder Pal S/o Sh Ram Karan Sharm… [384,1095,562,1150]
council-officer: ਕਾਰਜ ਸਾਧਕ ਅਫ਼ਸਰ [1161,1111,1502,1122]
list-item: ☛ I, Surjeet Kaur Sidhu W/o Karnail Sing… [384,1964,562,2019]
list-item-text: ☛ ਮੈਂ Sarbjeet ਪਤਨੀ ਰਾਮ ਸਿੰਘ ਵਾਸੀ ਨੇ ਆਪਣ… [384,461,562,500]
list-item: ☛ ਮੈਂ ਗੁਰਦੀਪ ਕੌਰ ਪਤਨੀ ਜਸਵੰਤ ਸਿੰਘ ਵਾਸੀ ਘੰ… [8,753,184,795]
list-item-text: ☛ ਮੈਂ Dumra ਵਾਸੀ 224, Kidwai ਨਗਰ ਨੇ ਆਪਣਾ… [8,1182,184,1207]
list-item-text: ☛ ਮੈਂ, ਗੁਰਦੀਪ ਸਿੰਘ ਬੈਨੀਪਾਲ ਪੁੱਤਰ ਮਹਿੰਦਰ … [384,199,562,252]
list-item-text: ☛ ਮੈਂ ਅਨੂਪ ਕੁਮਾਰ ਸ਼ਾਰਦਾ ਪੁੱਤਰ ਰਾਮ ਪਾਲ ਸਿ… [8,230,184,269]
ad-code: 001 [1114,233,1126,247]
ref-number: ਨੰ. 830/SZD/D [1161,784,1225,795]
ad-code: 001 [173,312,184,326]
list-item-text: ☛ ਮੈਂ, ਪਲਵਿੰਦਰ ਸਿੰਘ ਪੁੱਤਰ ਨਿਰਮਲ ਸਿੰਘ ਵਾਸ… [763,436,1126,491]
court-notice-heading: ਬਾ-ਅਦਾਲਤ ਸ੍ਰੀ ਤਰਲੋਚਨ ਸਿੰਘ ਨਾਇਬ ਤਹਿਸੀਲਦਾਰ… [1159,398,1324,433]
list-item-text: ☛ ਅਸੀਂ ਦਲਬਾਰਾ ਸਿੰਘ ਪੁੱਤਰ ਕਰਤਾਰ ਸਿੰਘ ਅਤੇ … [763,567,1126,608]
list-item: ☛ ਅਸੀਂ ਦਲਬਾਰਾ ਸਿੰਘ ਪੁੱਤਰ ਕਰਤਾਰ ਸਿੰਘ ਅਤੇ … [763,566,1126,609]
list-item: ☛ ਮੈਂ Dumra ਵਾਸੀ 224, Kidwai ਨਗਰ ਨੇ ਆਪਣਾ… [8,1181,184,1209]
list-item: ☛ ਮੈਂ ਸੁਖਦੇਵ ਸਿੰਘ ਪੁੱਤਰ ਬਚਨ ਸਿੰਘ ਵਾਸੀ ਮ.… [763,711,1126,740]
pnb-tagline: ਉਹ ਨਾਮ ਜਿਸ 'ਤੇ ਤੁਸੀਂ ਬੈਂਕ ਕਰ ਸਕਦੇ ਹੋ। [1147,103,1502,114]
list-item: ☛ ਮੈਂ Hardeep ਸਿੰਘ ਪੁੱਤਰ ਗੁਰਮੇਲ ਸਿੰਘ ਨੇ … [8,1209,184,1251]
ad-code: 1313 [1110,160,1126,174]
locker-col-header-2: ਪਾਰਟੀ ਨਾਮ [1324,222,1501,251]
list-item: ☛ I Paramjit Kaur D/O Karnail Singh R/O … [384,916,562,1013]
list-item-text: ☛ ਮੈਂ ਜਸਵੀਰ ਸਿੰਘ ਪੁੱਤਰ ਹਰਦੇਵ ਸਿੰਘ ਵਾਸੀ ਪ… [763,653,1126,679]
list-item: ☛ ਮੈਂ ਰਾਜਿੰਦਰ ਕੁਮਾਰ ਪੁੱਤਰ ਬਾਬੂ ਰਾਮ ਵਾਸੀ … [8,409,184,464]
list-item-text: ☛ I, SIMRAN S/0 KULJEET SINGH R/O H.NO 3… [1142,1352,1507,1393]
list-item-text: ☛ ਮੈਂ ਜਸਵੀਰ ਸਿੰਘ ਪੁੱਤਰ ਜੁਗਰਾਜ ਸਿੰਘ ਵਾਸੀ … [8,465,184,504]
list-item: ☛ ਮੈਂ ਕਰਮ ਸਿੰਘ ਪੁੱਤਰ ਕੇਹਰ ਸਿੰਘ ਵਾਸੀ ਸੰਧੂ… [763,102,1126,174]
list-item-text: ☛ ਮੈਂ ਕਰਨੈਲ ਸਿੰਘ ਪੁੱਤਰ ਪਾਲਾ ਸਿੰਘ ਵਾਸੀ ਪਿ… [763,306,1126,376]
list-item-text: ☛ ਮੈਂ ਅਰੁਨ ਪੁੱਤਰ ਵਿਜੇ ਕੁਮਾਰ ਵਾਸੀ ਗਲੀ ਨੰਬ… [384,571,562,624]
